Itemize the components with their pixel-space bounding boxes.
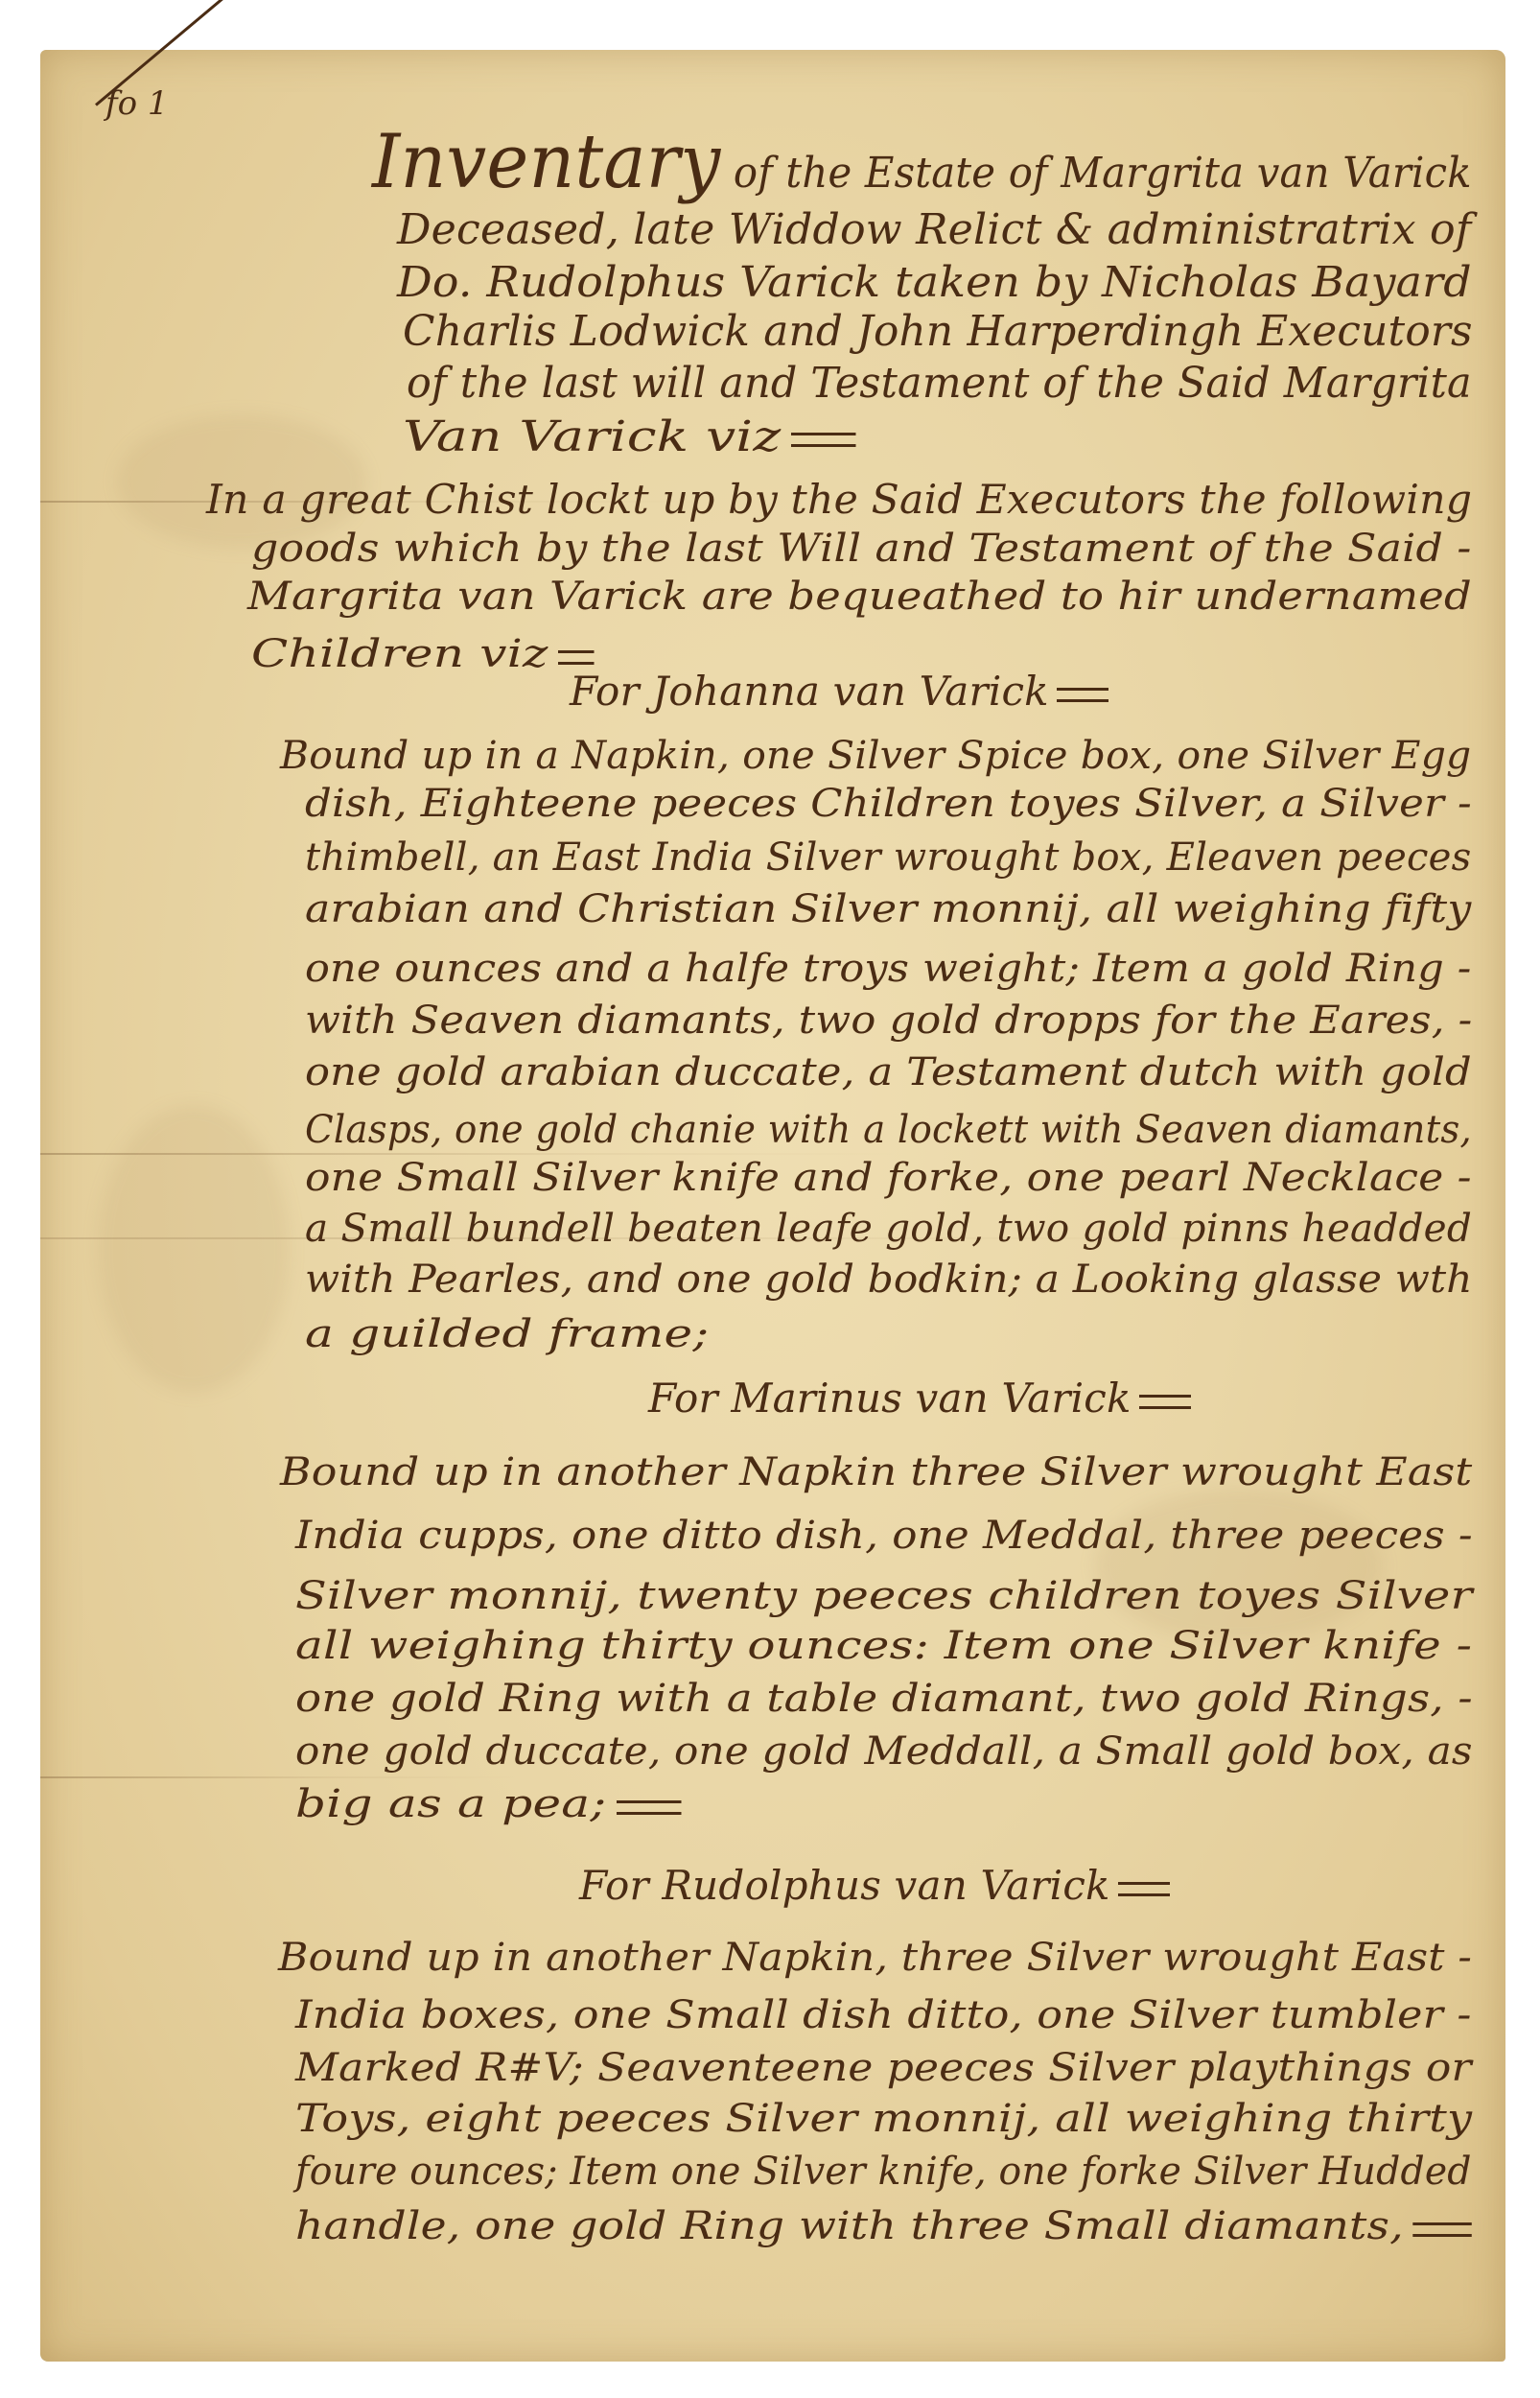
marinus-line-7: big as a pea; <box>295 1785 681 1823</box>
preamble-line-2: goods which by the last Will and Testame… <box>251 529 1471 568</box>
double-rule <box>1412 2222 1471 2237</box>
paper-stain <box>1095 1489 1383 1642</box>
title-line-5: of the last will and Testament of the Sa… <box>407 363 1472 405</box>
section-heading-text: For Johanna van Varick <box>570 668 1049 715</box>
marinus-line-3: Silver monnij, twenty peeces children to… <box>295 1577 1473 1615</box>
rudolphus-line-2: India boxes, one Small dish ditto, one S… <box>295 1996 1472 2034</box>
section-heading-rudolphus: For Rudolphus van Varick <box>579 1866 1170 1906</box>
section-heading-text: For Marinus van Varick <box>648 1375 1132 1422</box>
preamble-line-3: Margrita van Varick are bequeathed to hi… <box>247 577 1472 616</box>
johanna-line-10: a Small bundell beaten leafe gold, two g… <box>305 1210 1472 1248</box>
title-line-3: Do. Rudolphus Varick taken by Nicholas B… <box>397 262 1472 304</box>
rudolphus-line-4: Toys, eight peeces Silver monnij, all we… <box>295 2100 1472 2138</box>
title-line-4: Charlis Lodwick and John Harperdingh Exe… <box>403 311 1473 353</box>
section-heading-marinus: For Marinus van Varick <box>648 1378 1191 1419</box>
johanna-line-1: Bound up in a Napkin, one Silver Spice b… <box>280 737 1471 775</box>
johanna-line-9: one Small Silver knife and forke, one pe… <box>305 1159 1472 1197</box>
marinus-line-6: one gold duccate, one gold Meddall, a Sm… <box>295 1732 1473 1771</box>
johanna-line-2: dish, Eighteene peeces Children toyes Si… <box>305 785 1472 823</box>
preamble-text: Children viz <box>251 632 548 676</box>
johanna-line-6: with Seaven diamants, two gold dropps fo… <box>305 1001 1472 1040</box>
johanna-line-11: with Pearles, and one gold bodkin; a Loo… <box>305 1260 1473 1299</box>
double-rule <box>1118 1882 1170 1896</box>
double-rule <box>558 650 595 665</box>
johanna-line-12: a guilded frame; <box>305 1315 709 1353</box>
paper-fold <box>40 1776 520 1778</box>
section-heading-text: For Rudolphus van Varick <box>579 1862 1110 1909</box>
title-line-6: Van Varick viz <box>403 416 855 458</box>
double-rule <box>1139 1395 1191 1409</box>
preamble-line-1: In a great Chist lockt up by the Said Ex… <box>206 480 1472 520</box>
double-rule <box>616 1800 681 1815</box>
title-line-2: Deceased, late Widdow Relict & administr… <box>397 209 1471 251</box>
johanna-line-7: one gold arabian duccate, a Testament du… <box>305 1053 1472 1092</box>
preamble-line-4: Children viz <box>251 635 594 673</box>
rudolphus-line-3: Marked R#V; Seaventeene peeces Silver pl… <box>295 2049 1472 2087</box>
rudolphus-line-5: foure ounces; Item one Silver knife, one… <box>295 2152 1472 2191</box>
rudolphus-line-6: handle, one gold Ring with three Small d… <box>295 2207 1471 2245</box>
title-line-text: of the Estate of Margrita van Varick <box>734 149 1472 198</box>
johanna-line-5: one ounces and a halfe troys weight; Ite… <box>305 950 1472 988</box>
marinus-line-5: one gold Ring with a table diamant, two … <box>295 1680 1473 1718</box>
johanna-line-8: Clasps, one gold chanie with a lockett w… <box>305 1111 1472 1149</box>
rudolphus-line-1: Bound up in another Napkin, three Silver… <box>278 1939 1472 1977</box>
marinus-line-text: big as a pea; <box>295 1782 606 1826</box>
title-first-word: Inventary <box>372 119 720 205</box>
double-rule <box>1057 688 1108 702</box>
title-line-1: Inventary of the Estate of Margrita van … <box>372 125 1472 200</box>
rudolphus-line-text: handle, one gold Ring with three Small d… <box>295 2204 1404 2248</box>
marinus-line-4: all weighing thirty ounces: Item one Sil… <box>295 1627 1472 1665</box>
johanna-line-4: arabian and Christian Silver monnij, all… <box>305 890 1471 929</box>
johanna-line-3: thimbell, an East India Silver wrought b… <box>305 838 1471 877</box>
double-rule <box>790 433 855 447</box>
paper-stain <box>98 1105 290 1393</box>
marinus-line-2: India cupps, one ditto dish, one Meddal,… <box>295 1516 1473 1555</box>
title-line-text: Van Varick viz <box>403 412 781 461</box>
section-heading-johanna: For Johanna van Varick <box>570 671 1108 712</box>
marinus-line-1: Bound up in another Napkin three Silver … <box>280 1453 1472 1492</box>
